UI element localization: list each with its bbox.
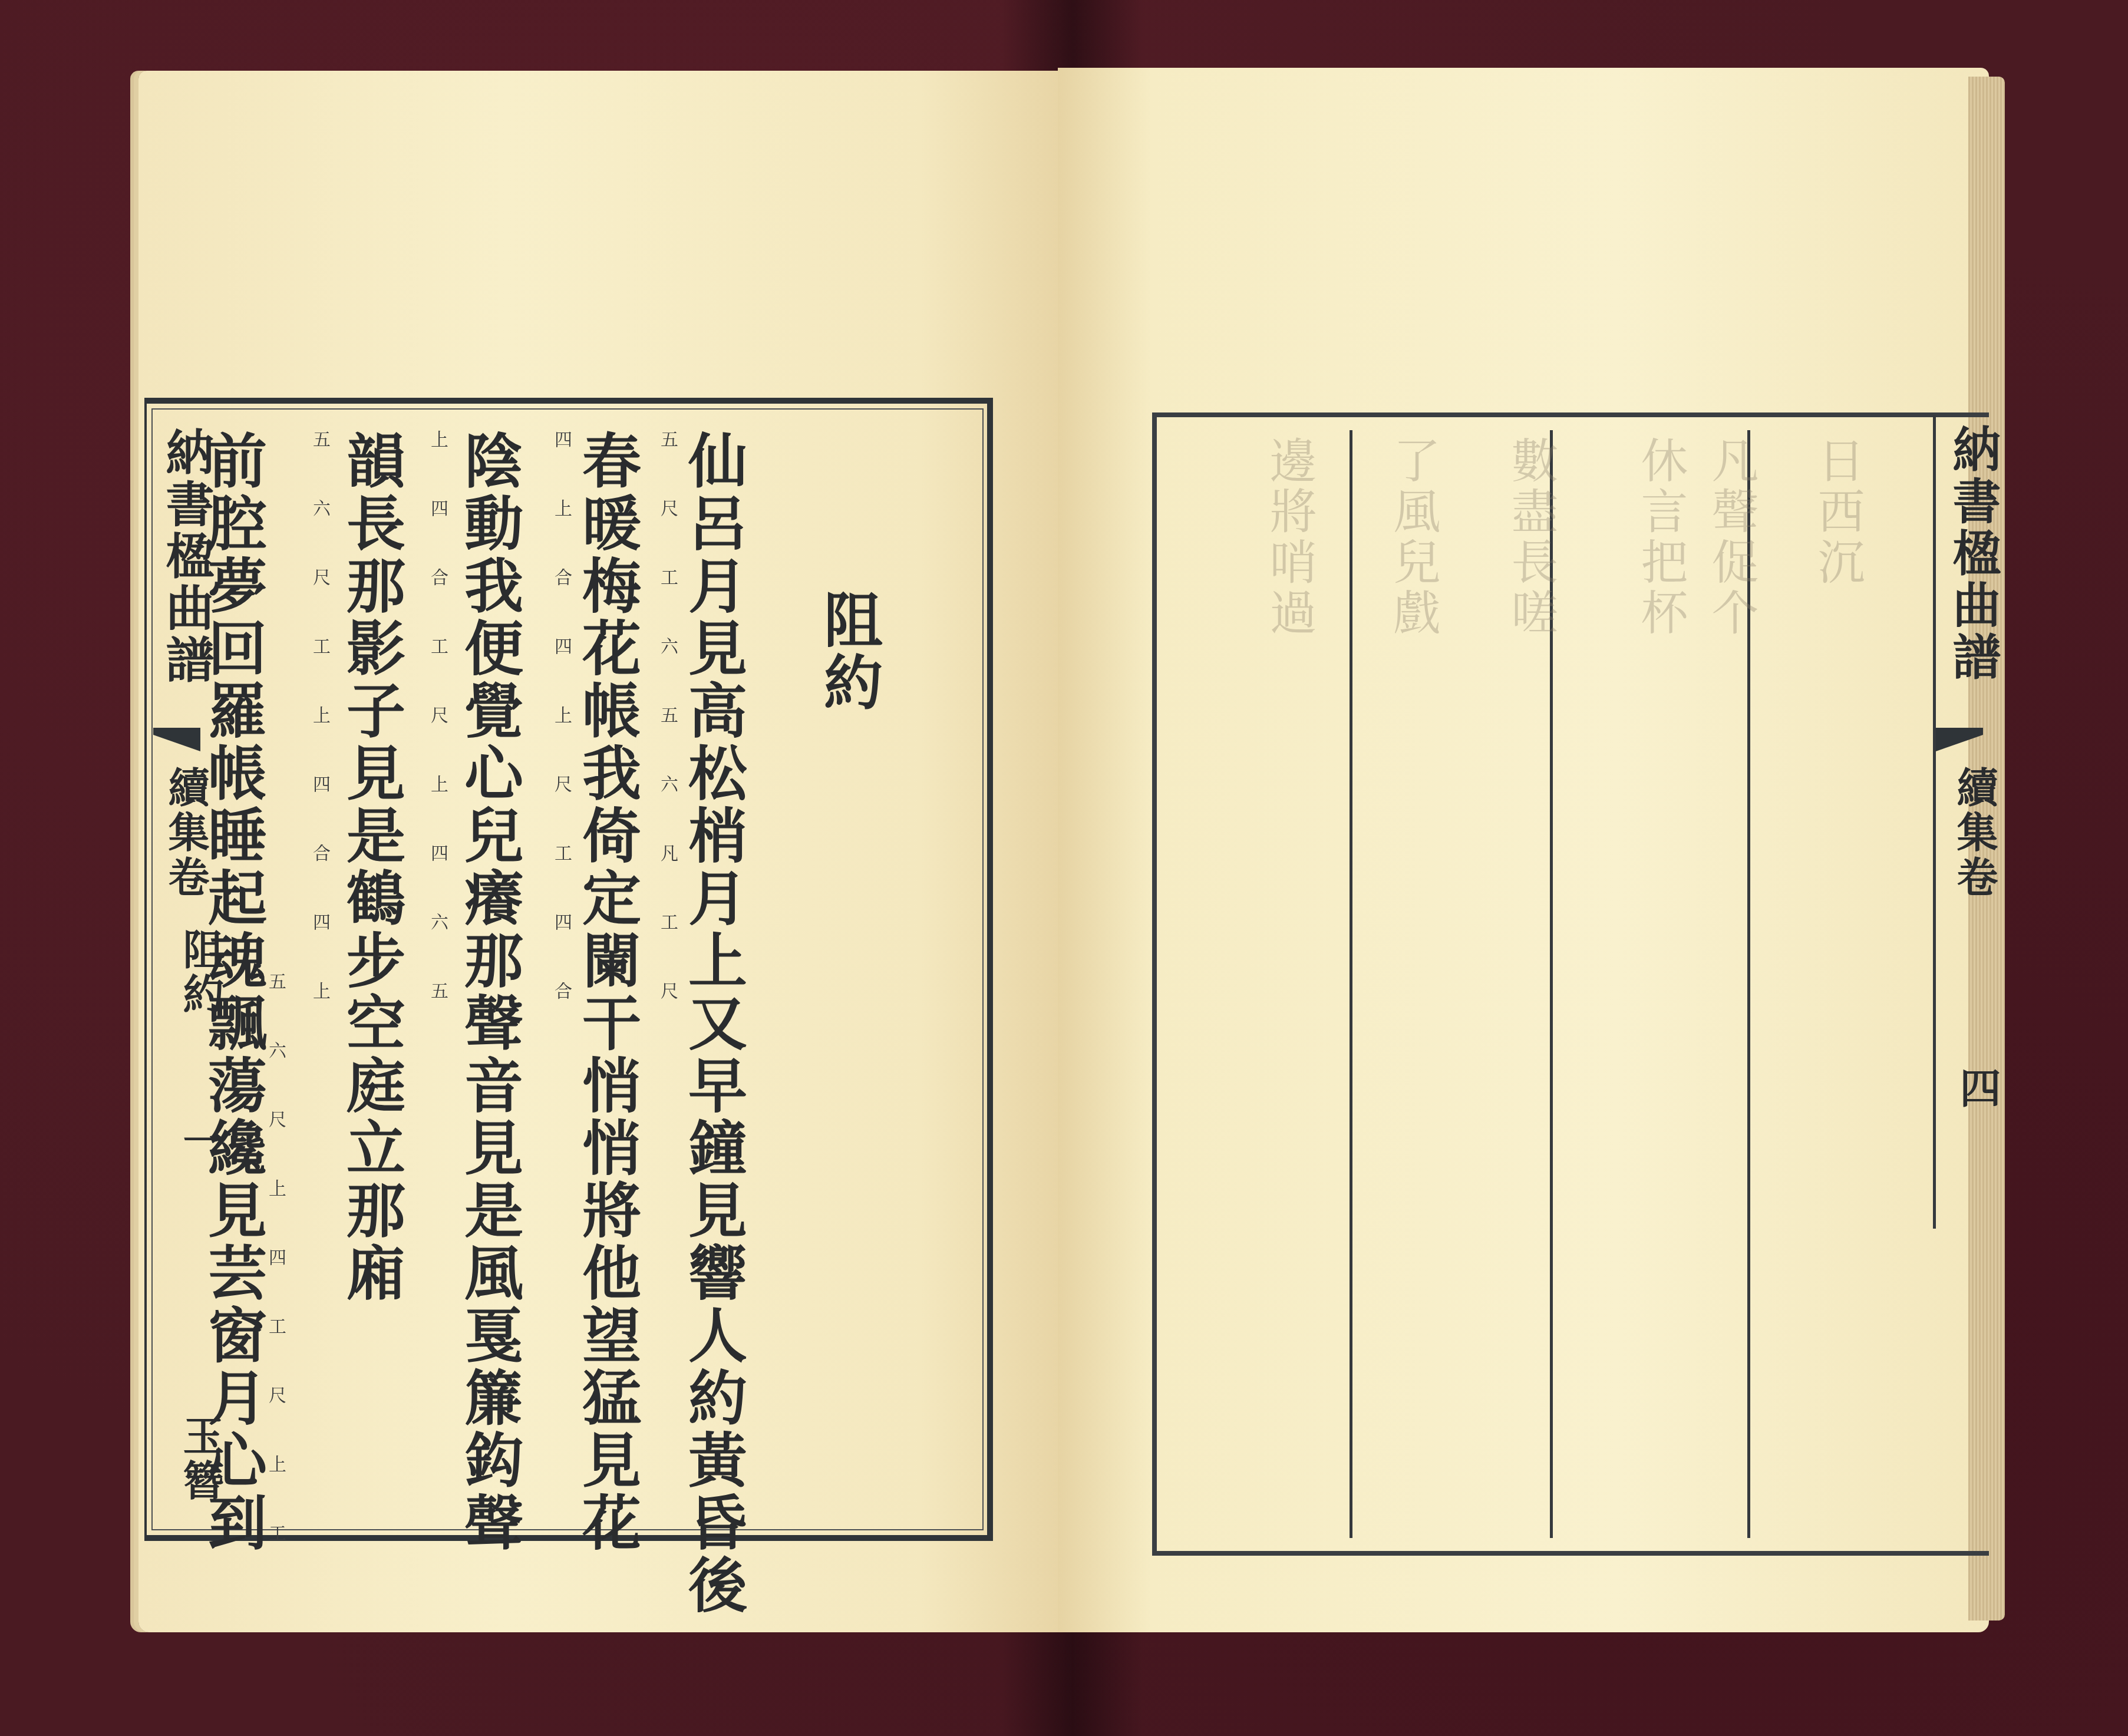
right-folio-number: 四 (1948, 1067, 2007, 1111)
margin-rule (1933, 415, 1936, 1229)
lyric-column-5: 前腔夢回羅帳睡起魂飄蕩纔見芸窗月心到 (203, 430, 262, 1555)
ghost-text: 休言把杯 (1626, 436, 1694, 639)
ghost-text: 邊將哨過 (1255, 436, 1323, 639)
lyric-column-4: 韻長那影子見是鶴步空庭立那廂 (342, 430, 401, 1305)
ghost-text: 數盡長嗟 (1497, 436, 1565, 639)
lyric-column-3: 陰動我便覺心兒癢那聲音見是風戛簾鈎聲 (460, 430, 519, 1555)
right-margin-volume: 續集卷 (1945, 766, 2004, 900)
notation-column-4: 五 六 尺 工 上 四 合 四 上 (306, 430, 332, 1015)
notation-column-1: 五 尺 工 六 五 六 凡 工 尺 (654, 430, 680, 1015)
lyric-column-2: 春暖梅花帳我倚定闌干悄悄將他望猛見花 (578, 430, 636, 1555)
ghost-text: 了風兒戲 (1379, 436, 1447, 639)
ghost-text: 日西沉 (1803, 436, 1871, 588)
aria-heading: 阻約 (819, 589, 878, 714)
notation-column-3: 上 四 合 工 尺 上 四 六 五 (424, 430, 450, 1015)
right-margin-book-title: 納書楹曲譜 (1939, 424, 2008, 684)
notation-column-2: 四 上 合 四 上 尺 工 四 合 (548, 430, 574, 1015)
column-rule (1350, 430, 1352, 1538)
ghost-text: 凡聲促个 (1697, 436, 1765, 639)
lyric-column-1: 仙呂月見高松梢月上又早鐘見響人約黃昏後 (684, 430, 743, 1617)
notation-column-5: 五 六 尺 上 四 工 尺 上 工 (262, 972, 288, 1557)
